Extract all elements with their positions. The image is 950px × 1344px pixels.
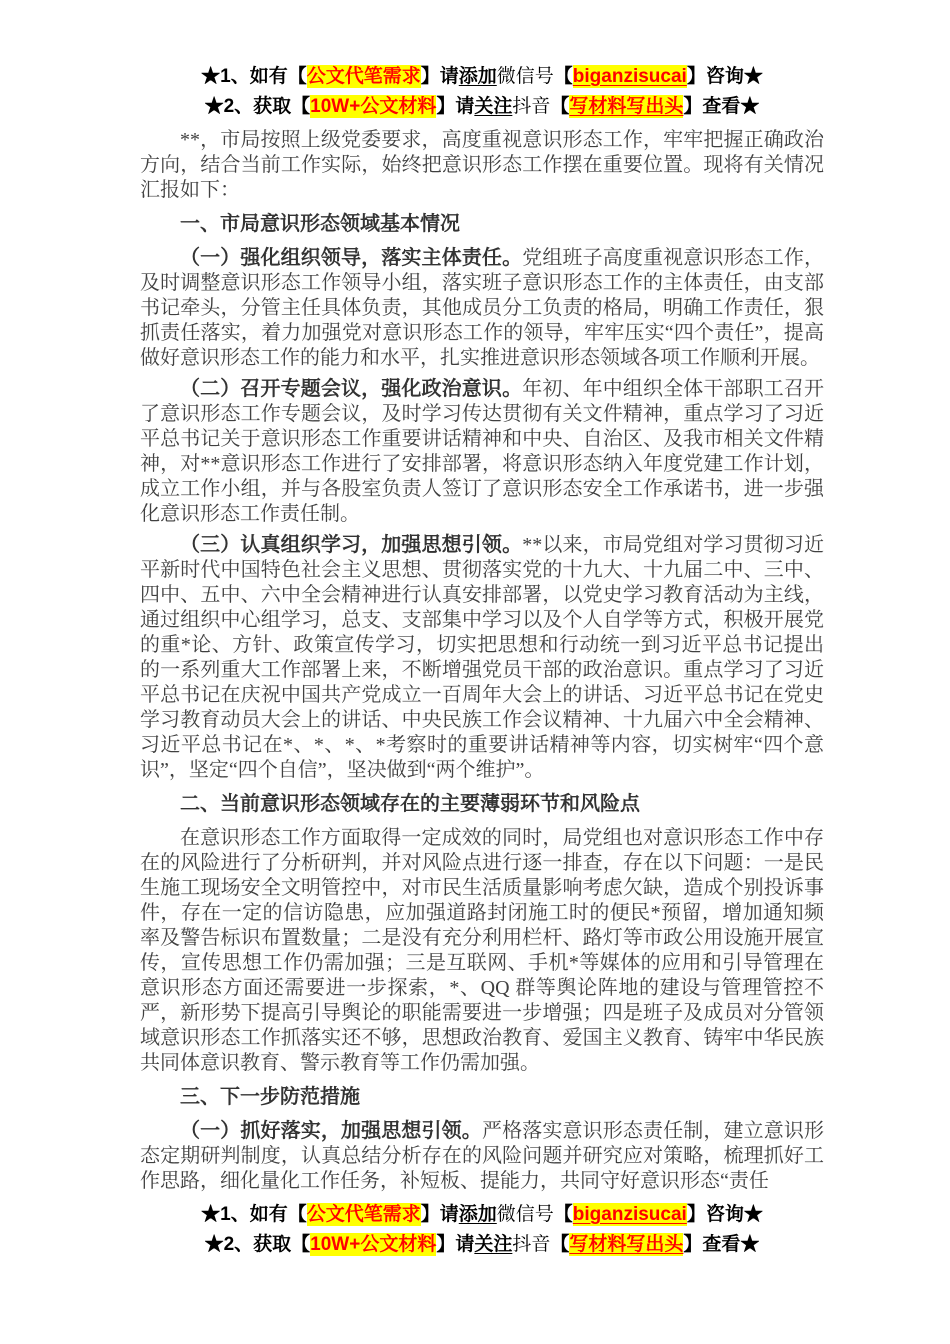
promo-text: 】请 bbox=[436, 1234, 474, 1255]
paragraph: **，市局按照上级党委要求，高度重视意识形态工作，牢牢把握正确政治方向，结合当前… bbox=[140, 128, 824, 203]
highlight-materials: 10W+公文材料 bbox=[310, 1233, 436, 1256]
promo-prefix: ★2、获取【 bbox=[205, 1234, 311, 1255]
wechat-id: biganzisucai bbox=[573, 65, 687, 88]
promo-header: ★1、如有【公文代笔需求】请添加微信号【biganzisucai】咨询★★2、获… bbox=[140, 62, 824, 122]
promo-wechat-label: 微信号 bbox=[497, 66, 554, 87]
wechat-id: biganzisucai bbox=[573, 1203, 687, 1226]
promo-suffix: 】查看★ bbox=[683, 96, 759, 117]
section-heading: 三、下一步防范措施 bbox=[140, 1085, 824, 1110]
promo-footer: ★1、如有【公文代笔需求】请添加微信号【biganzisucai】咨询★★2、获… bbox=[140, 1200, 824, 1260]
sub-heading-run: （二）召开专题会议，强化政治意识。 bbox=[180, 378, 522, 400]
promo-suffix: 】咨询★ bbox=[687, 1204, 763, 1225]
body-text: 在意识形态工作方面取得一定成效的同时，局党组也对意识形态工作中存在的风险进行了分… bbox=[140, 827, 824, 1074]
promo-text: 】请 bbox=[421, 1204, 459, 1225]
document-body: **，市局按照上级党委要求，高度重视意识形态工作，牢牢把握正确政治方向，结合当前… bbox=[140, 128, 824, 1194]
promo-header-line-1: ★1、如有【公文代笔需求】请添加微信号【biganzisucai】咨询★ bbox=[140, 62, 824, 92]
douyin-account-name: 写材料写出头 bbox=[569, 95, 683, 118]
heading-3-text: 三、下一步防范措施 bbox=[180, 1086, 360, 1108]
heading-2-text: 二、当前意识形态领域存在的主要薄弱环节和风险点 bbox=[180, 793, 640, 815]
heading-1-text: 一、市局意识形态领域基本情况 bbox=[180, 213, 460, 235]
promo-footer-line-2: ★2、获取【10W+公文材料】请关注抖音【写材料写出头】查看★ bbox=[140, 1230, 824, 1260]
promo-text: 】请 bbox=[421, 66, 459, 87]
promo-douyin-label: 抖音 bbox=[512, 1234, 550, 1255]
paragraph: （一）强化组织领导，落实主体责任。党组班子高度重视意识形态工作，及时调整意识形态… bbox=[140, 246, 824, 371]
paragraph: （二）召开专题会议，强化政治意识。年初、年中组织全体干部职工召开了意识形态工作专… bbox=[140, 377, 824, 527]
document-page: ★1、如有【公文代笔需求】请添加微信号【biganzisucai】咨询★★2、获… bbox=[0, 0, 950, 1344]
promo-wechat-label: 微信号 bbox=[497, 1204, 554, 1225]
paragraph: 在意识形态工作方面取得一定成效的同时，局党组也对意识形态工作中存在的风险进行了分… bbox=[140, 826, 824, 1076]
sub-heading-run: （一）强化组织领导，落实主体责任。 bbox=[180, 247, 522, 269]
promo-suffix: 】咨询★ bbox=[687, 66, 763, 87]
body-text: 年初、年中组织全体干部职工召开了意识形态工作专题会议，及时学习传达贯彻有关文件精… bbox=[140, 378, 824, 525]
promo-prefix: ★1、如有【 bbox=[201, 66, 307, 87]
promo-action-add: 添加 bbox=[459, 1204, 497, 1225]
paragraph: （一）抓好落实，加强思想引领。严格落实意识形态责任制，建立意识形态定期研判制度，… bbox=[140, 1119, 824, 1194]
promo-bracket: 【 bbox=[550, 1234, 569, 1255]
promo-action-add: 添加 bbox=[459, 66, 497, 87]
promo-text: 】请 bbox=[436, 96, 474, 117]
promo-footer-line-1: ★1、如有【公文代笔需求】请添加微信号【biganzisucai】咨询★ bbox=[140, 1200, 824, 1230]
highlight-materials: 10W+公文材料 bbox=[310, 95, 436, 118]
promo-suffix: 】查看★ bbox=[683, 1234, 759, 1255]
intro-text: **，市局按照上级党委要求，高度重视意识形态工作，牢牢把握正确政治方向，结合当前… bbox=[140, 129, 824, 201]
promo-prefix: ★1、如有【 bbox=[201, 1204, 307, 1225]
promo-bracket: 【 bbox=[554, 66, 573, 87]
highlight-service-name: 公文代笔需求 bbox=[307, 65, 421, 88]
promo-prefix: ★2、获取【 bbox=[205, 96, 311, 117]
promo-header-line-2: ★2、获取【10W+公文材料】请关注抖音【写材料写出头】查看★ bbox=[140, 92, 824, 122]
section-heading: 二、当前意识形态领域存在的主要薄弱环节和风险点 bbox=[140, 792, 824, 817]
promo-action-follow: 关注 bbox=[474, 1234, 512, 1255]
section-heading: 一、市局意识形态领域基本情况 bbox=[140, 212, 824, 237]
promo-action-follow: 关注 bbox=[474, 96, 512, 117]
promo-bracket: 【 bbox=[550, 96, 569, 117]
douyin-account-name: 写材料写出头 bbox=[569, 1233, 683, 1256]
paragraph: （三）认真组织学习，加强思想引领。**以来，市局党组对学习贯彻习近平新时代中国特… bbox=[140, 533, 824, 783]
highlight-service-name: 公文代笔需求 bbox=[307, 1203, 421, 1226]
promo-bracket: 【 bbox=[554, 1204, 573, 1225]
sub-heading-run: （一）抓好落实，加强思想引领。 bbox=[180, 1120, 482, 1142]
promo-douyin-label: 抖音 bbox=[512, 96, 550, 117]
body-text: **以来，市局党组对学习贯彻习近平新时代中国特色社会主义思想、贯彻落实党的十九大… bbox=[140, 534, 824, 781]
sub-heading-run: （三）认真组织学习，加强思想引领。 bbox=[180, 534, 522, 556]
